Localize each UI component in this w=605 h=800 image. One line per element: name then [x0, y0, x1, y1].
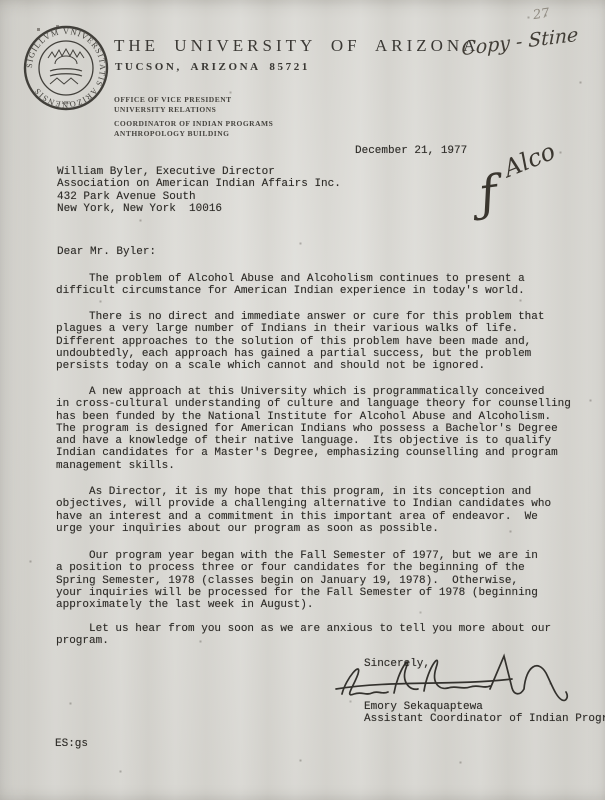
- letter-date: December 21, 1977: [355, 145, 467, 157]
- scan-speckles: [0, 0, 1, 1]
- salutation: Dear Mr. Byler:: [57, 246, 156, 258]
- handwritten-file-note-word: Alco: [500, 137, 560, 183]
- typist-reference: ES:gs: [55, 738, 88, 750]
- office-block-vice-president: OFFICE OF VICE PRESIDENT UNIVERSITY RELA…: [114, 95, 232, 114]
- recipient-address-block: William Byler, Executive Director Associ…: [57, 166, 341, 215]
- university-address-line: TUCSON, ARIZONA 85721: [115, 61, 310, 73]
- letter-paragraph-3: A new approach at this University which …: [56, 386, 571, 472]
- handwritten-signature: [332, 642, 572, 710]
- handwritten-f-flourish: ƒ: [475, 165, 500, 223]
- svg-text:1885: 1885: [61, 100, 71, 105]
- handwritten-copy-note: Copy - Stine: [461, 24, 578, 61]
- university-seal-icon: SIGILLVM VNIVERSITATIS ARIZONENSIS 1885: [22, 24, 110, 112]
- letter-paragraph-1: The problem of Alcohol Abuse and Alcohol…: [56, 273, 525, 298]
- scanned-letter-page: SIGILLVM VNIVERSITATIS ARIZONENSIS 1885 …: [0, 0, 605, 800]
- university-name: THE UNIVERSITY OF ARIZONA: [114, 36, 479, 56]
- handwritten-page-number: 27: [532, 6, 550, 23]
- letter-paragraph-4: As Director, it is my hope that this pro…: [56, 486, 551, 535]
- handwritten-file-note: ƒ Alco: [466, 138, 599, 254]
- letter-paragraph-5: Our program year began with the Fall Sem…: [56, 550, 538, 611]
- signer-name-title-block: Emory Sekaquaptewa Assistant Coordinator…: [364, 701, 605, 726]
- office-block-coordinator: COORDINATOR OF INDIAN PROGRAMS ANTHROPOL…: [114, 119, 273, 138]
- letter-paragraph-2: There is no direct and immediate answer …: [56, 311, 544, 372]
